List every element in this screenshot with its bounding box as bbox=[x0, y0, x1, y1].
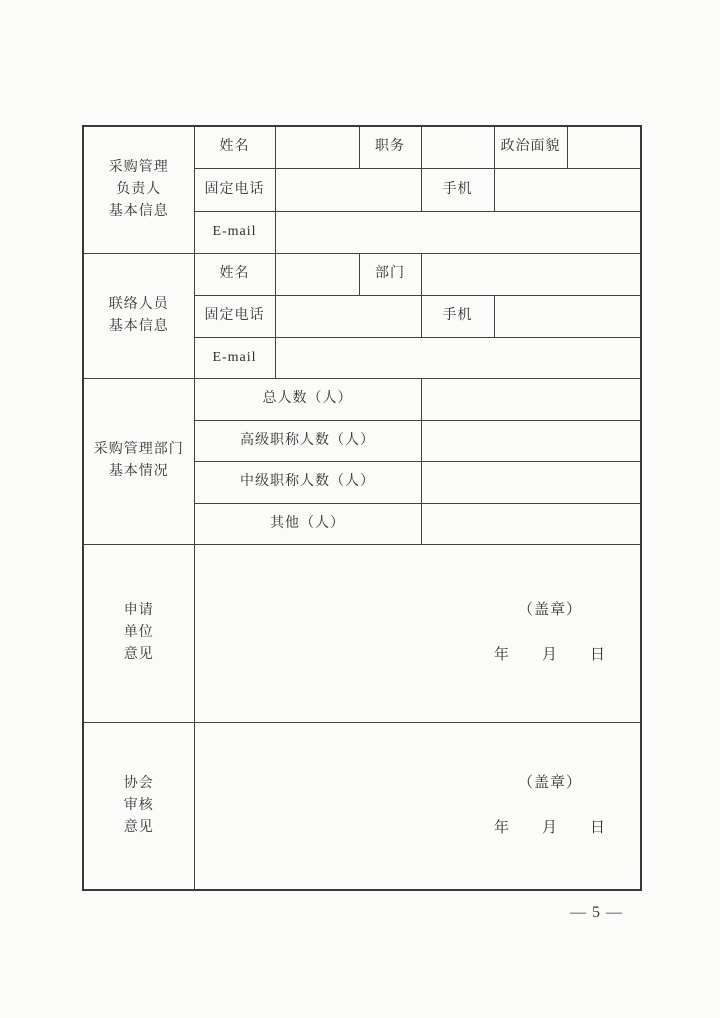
applicant-seal-block: （盖章） 年 月 日 bbox=[494, 576, 606, 689]
name-value-cell bbox=[275, 126, 359, 168]
total-headcount-value-cell bbox=[421, 378, 641, 420]
field-label-name: 姓名 bbox=[194, 253, 275, 295]
association-review-cell: （盖章） 年 月 日 bbox=[194, 722, 641, 890]
field-label-intermediate-title-headcount: 中级职称人数（人） bbox=[194, 461, 421, 503]
political-status-value-cell bbox=[567, 126, 641, 168]
field-label-mobile: 手机 bbox=[421, 295, 494, 337]
field-label-landline: 固定电话 bbox=[194, 295, 275, 337]
field-label-department: 部门 bbox=[359, 253, 421, 295]
section-label-applicant-opinion: 申请 单位 意见 bbox=[83, 544, 194, 722]
applicant-opinion-cell: （盖章） 年 月 日 bbox=[194, 544, 641, 722]
field-label-email: E-mail bbox=[194, 211, 275, 253]
field-label-political-status: 政治面貌 bbox=[494, 126, 567, 168]
senior-title-headcount-value-cell bbox=[421, 420, 641, 461]
field-label-other-headcount: 其他（人） bbox=[194, 503, 421, 544]
seal-placeholder: （盖章） bbox=[494, 599, 606, 622]
intermediate-title-headcount-value-cell bbox=[421, 461, 641, 503]
position-value-cell bbox=[421, 126, 494, 168]
page-number: — 5 — bbox=[570, 904, 623, 922]
field-label-position: 职务 bbox=[359, 126, 421, 168]
mobile-value-cell bbox=[494, 295, 641, 337]
association-seal-block: （盖章） 年 月 日 bbox=[494, 750, 606, 863]
field-label-mobile: 手机 bbox=[421, 168, 494, 211]
email-value-cell bbox=[275, 211, 641, 253]
landline-value-cell bbox=[275, 295, 421, 337]
field-label-landline: 固定电话 bbox=[194, 168, 275, 211]
email-value-cell bbox=[275, 337, 641, 378]
seal-placeholder: （盖章） bbox=[494, 772, 606, 795]
section-label-association-review: 协会 审核 意见 bbox=[83, 722, 194, 890]
name-value-cell bbox=[275, 253, 359, 295]
section-label-purchasing-department: 采购管理部门 基本情况 bbox=[83, 378, 194, 544]
department-value-cell bbox=[421, 253, 641, 295]
document-page: 采购管理 负责人 基本信息 姓名 职务 政治面貌 固定电话 手机 E-mail bbox=[0, 0, 720, 1018]
other-headcount-value-cell bbox=[421, 503, 641, 544]
field-label-name: 姓名 bbox=[194, 126, 275, 168]
application-form-table: 采购管理 负责人 基本信息 姓名 职务 政治面貌 固定电话 手机 E-mail bbox=[82, 125, 642, 891]
field-label-total-headcount: 总人数（人） bbox=[194, 378, 421, 420]
field-label-email: E-mail bbox=[194, 337, 275, 378]
section-label-purchasing-manager: 采购管理 负责人 基本信息 bbox=[83, 126, 194, 253]
section-label-contact-person: 联络人员 基本信息 bbox=[83, 253, 194, 378]
landline-value-cell bbox=[275, 168, 421, 211]
date-placeholder: 年 月 日 bbox=[494, 644, 606, 667]
date-placeholder: 年 月 日 bbox=[494, 817, 606, 840]
mobile-value-cell bbox=[494, 168, 641, 211]
field-label-senior-title-headcount: 高级职称人数（人） bbox=[194, 420, 421, 461]
